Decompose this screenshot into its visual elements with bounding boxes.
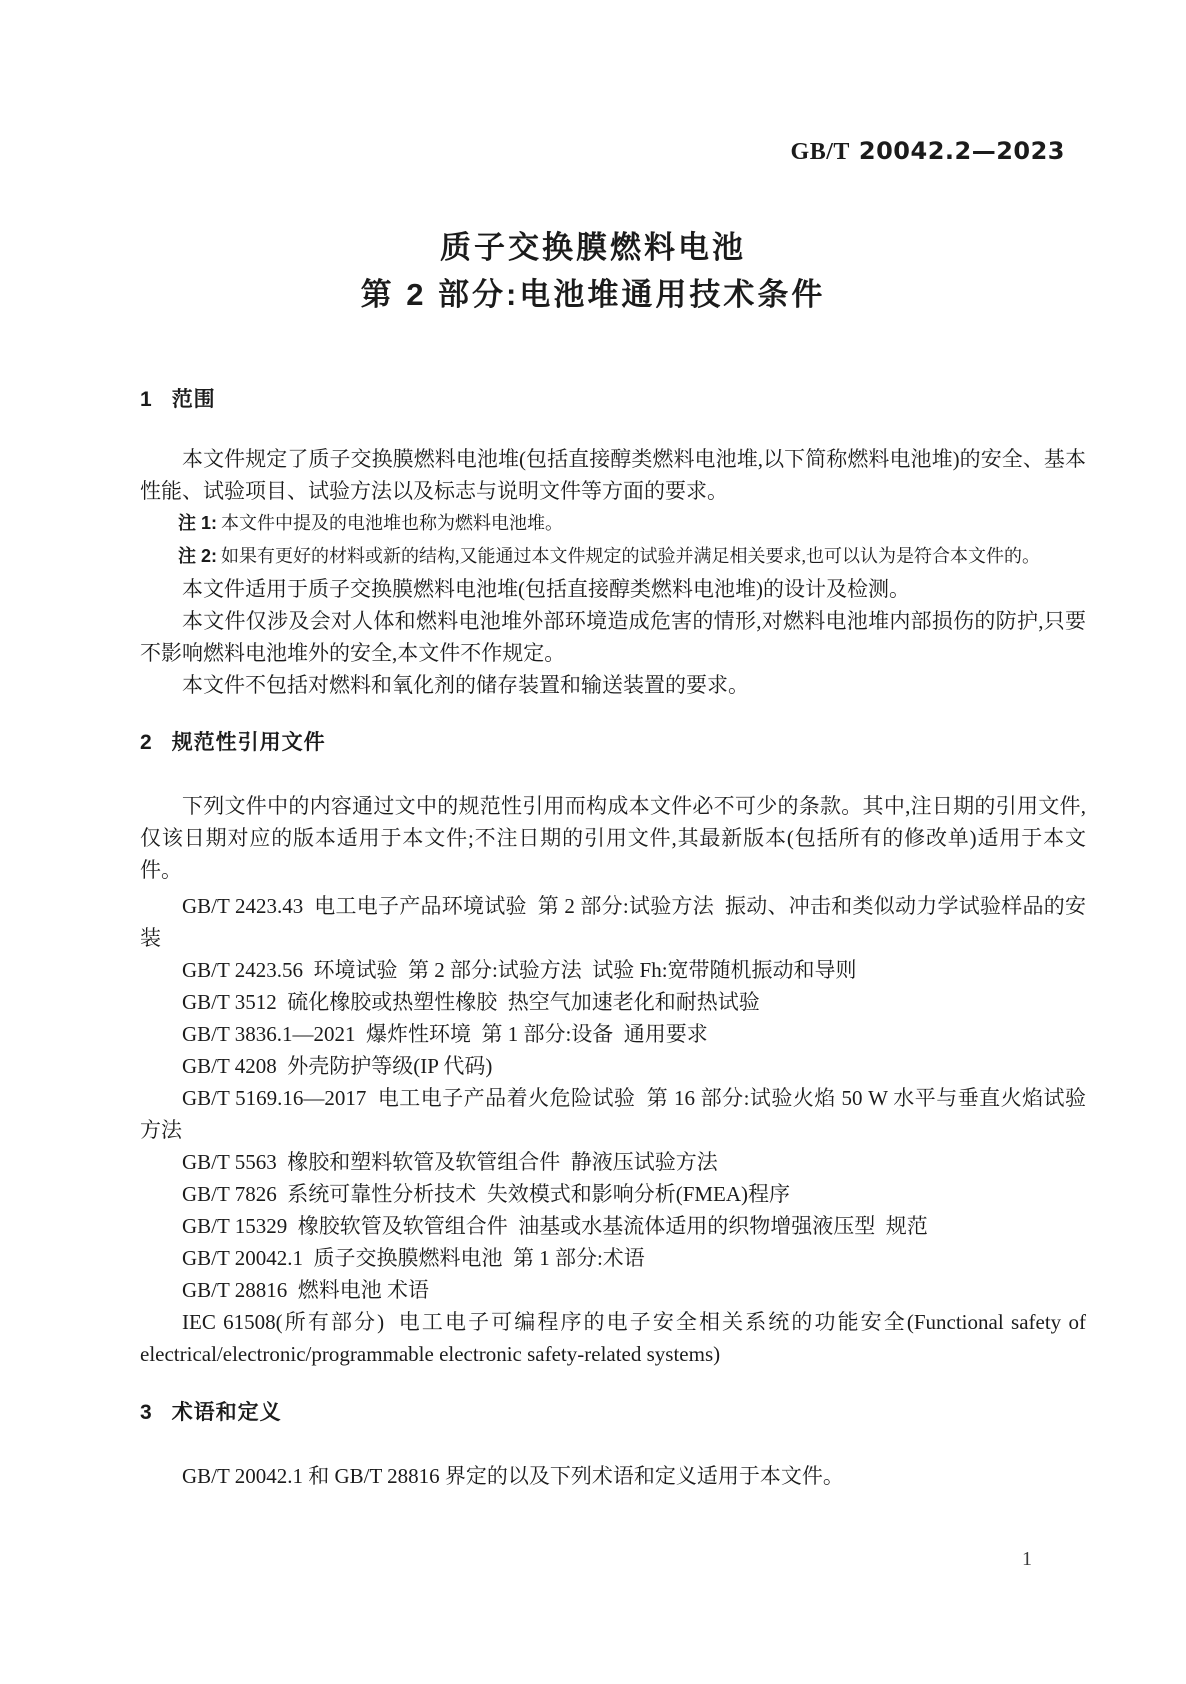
scope-paragraph: 本文件不包括对燃料和氧化剂的储存装置和输送装置的要求。 bbox=[140, 669, 1086, 701]
reference-item: GB/T 15329 橡胶软管及软管组合件 油基或水基流体适用的织物增强液压型 … bbox=[140, 1210, 1086, 1242]
reference-item: GB/T 3836.1—2021 爆炸性环境 第 1 部分:设备 通用要求 bbox=[140, 1018, 1086, 1050]
section-number: 2 bbox=[140, 731, 153, 754]
section-title: 术语和定义 bbox=[172, 1401, 282, 1424]
scope-paragraph: 本文件仅涉及会对人体和燃料电池堆外部环境造成危害的情形,对燃料电池堆内部损伤的防… bbox=[140, 605, 1086, 669]
document-title-line1: 质子交换膜燃料电池 bbox=[0, 224, 1186, 271]
note-text: 如果有更好的材料或新的结构,又能通过本文件规定的试验并满足相关要求,也可以认为是… bbox=[221, 546, 1040, 566]
scope-paragraph: 本文件规定了质子交换膜燃料电池堆(包括直接醇类燃料电池堆,以下简称燃料电池堆)的… bbox=[140, 443, 1086, 507]
terms-paragraph: GB/T 20042.1 和 GB/T 28816 界定的以及下列术语和定义适用… bbox=[140, 1460, 1086, 1492]
reference-item: GB/T 20042.1 质子交换膜燃料电池 第 1 部分:术语 bbox=[140, 1242, 1086, 1274]
standard-code-number: 20042.2—2023 bbox=[859, 137, 1065, 165]
reference-item: GB/T 28816 燃料电池 术语 bbox=[140, 1274, 1086, 1306]
section-heading-normative-references: 2规范性引用文件 bbox=[140, 727, 1086, 758]
reference-item: GB/T 2423.43 电工电子产品环境试验 第 2 部分:试验方法 振动、冲… bbox=[140, 890, 1086, 954]
standard-document-page: GB/T20042.2—2023 质子交换膜燃料电池 第 2 部分:电池堆通用技… bbox=[0, 0, 1186, 1684]
standard-code-prefix: GB/T bbox=[791, 139, 850, 165]
scope-note-1: 注 1:本文件中提及的电池堆也称为燃料电池堆。 bbox=[140, 507, 1086, 540]
reference-item: GB/T 7826 系统可靠性分析技术 失效模式和影响分析(FMEA)程序 bbox=[140, 1178, 1086, 1210]
document-body: 1范围 本文件规定了质子交换膜燃料电池堆(包括直接醇类燃料电池堆,以下简称燃料电… bbox=[0, 384, 1186, 1492]
note-text: 本文件中提及的电池堆也称为燃料电池堆。 bbox=[221, 513, 563, 533]
reference-item: GB/T 2423.56 环境试验 第 2 部分:试验方法 试验 Fh:宽带随机… bbox=[140, 954, 1086, 986]
note-label: 注 2: bbox=[178, 546, 217, 566]
document-title-line2: 第 2 部分:电池堆通用技术条件 bbox=[0, 271, 1186, 318]
section-number: 3 bbox=[140, 1401, 153, 1424]
reference-item: GB/T 5563 橡胶和塑料软管及软管组合件 静液压试验方法 bbox=[140, 1146, 1086, 1178]
scope-paragraph: 本文件适用于质子交换膜燃料电池堆(包括直接醇类燃料电池堆)的设计及检测。 bbox=[140, 573, 1086, 605]
section-number: 1 bbox=[140, 388, 153, 411]
references-list: GB/T 2423.43 电工电子产品环境试验 第 2 部分:试验方法 振动、冲… bbox=[140, 890, 1086, 1370]
section-title: 范围 bbox=[172, 388, 216, 411]
scope-note-2: 注 2:如果有更好的材料或新的结构,又能通过本文件规定的试验并满足相关要求,也可… bbox=[140, 540, 1086, 573]
section-heading-scope: 1范围 bbox=[140, 384, 1086, 415]
reference-item: GB/T 5169.16—2017 电工电子产品着火危险试验 第 16 部分:试… bbox=[140, 1082, 1086, 1146]
standard-code-header: GB/T20042.2—2023 bbox=[791, 137, 1065, 166]
page-number: 1 bbox=[1022, 1548, 1032, 1571]
reference-item: IEC 61508(所有部分) 电工电子可编程序的电子安全相关系统的功能安全(F… bbox=[140, 1306, 1086, 1370]
references-intro-paragraph: 下列文件中的内容通过文中的规范性引用而构成本文件必不可少的条款。其中,注日期的引… bbox=[140, 790, 1086, 886]
section-heading-terms-and-definitions: 3术语和定义 bbox=[140, 1397, 1086, 1428]
reference-item: GB/T 4208 外壳防护等级(IP 代码) bbox=[140, 1050, 1086, 1082]
note-label: 注 1: bbox=[178, 513, 217, 533]
reference-item: GB/T 3512 硫化橡胶或热塑性橡胶 热空气加速老化和耐热试验 bbox=[140, 986, 1086, 1018]
section-title: 规范性引用文件 bbox=[172, 731, 326, 754]
